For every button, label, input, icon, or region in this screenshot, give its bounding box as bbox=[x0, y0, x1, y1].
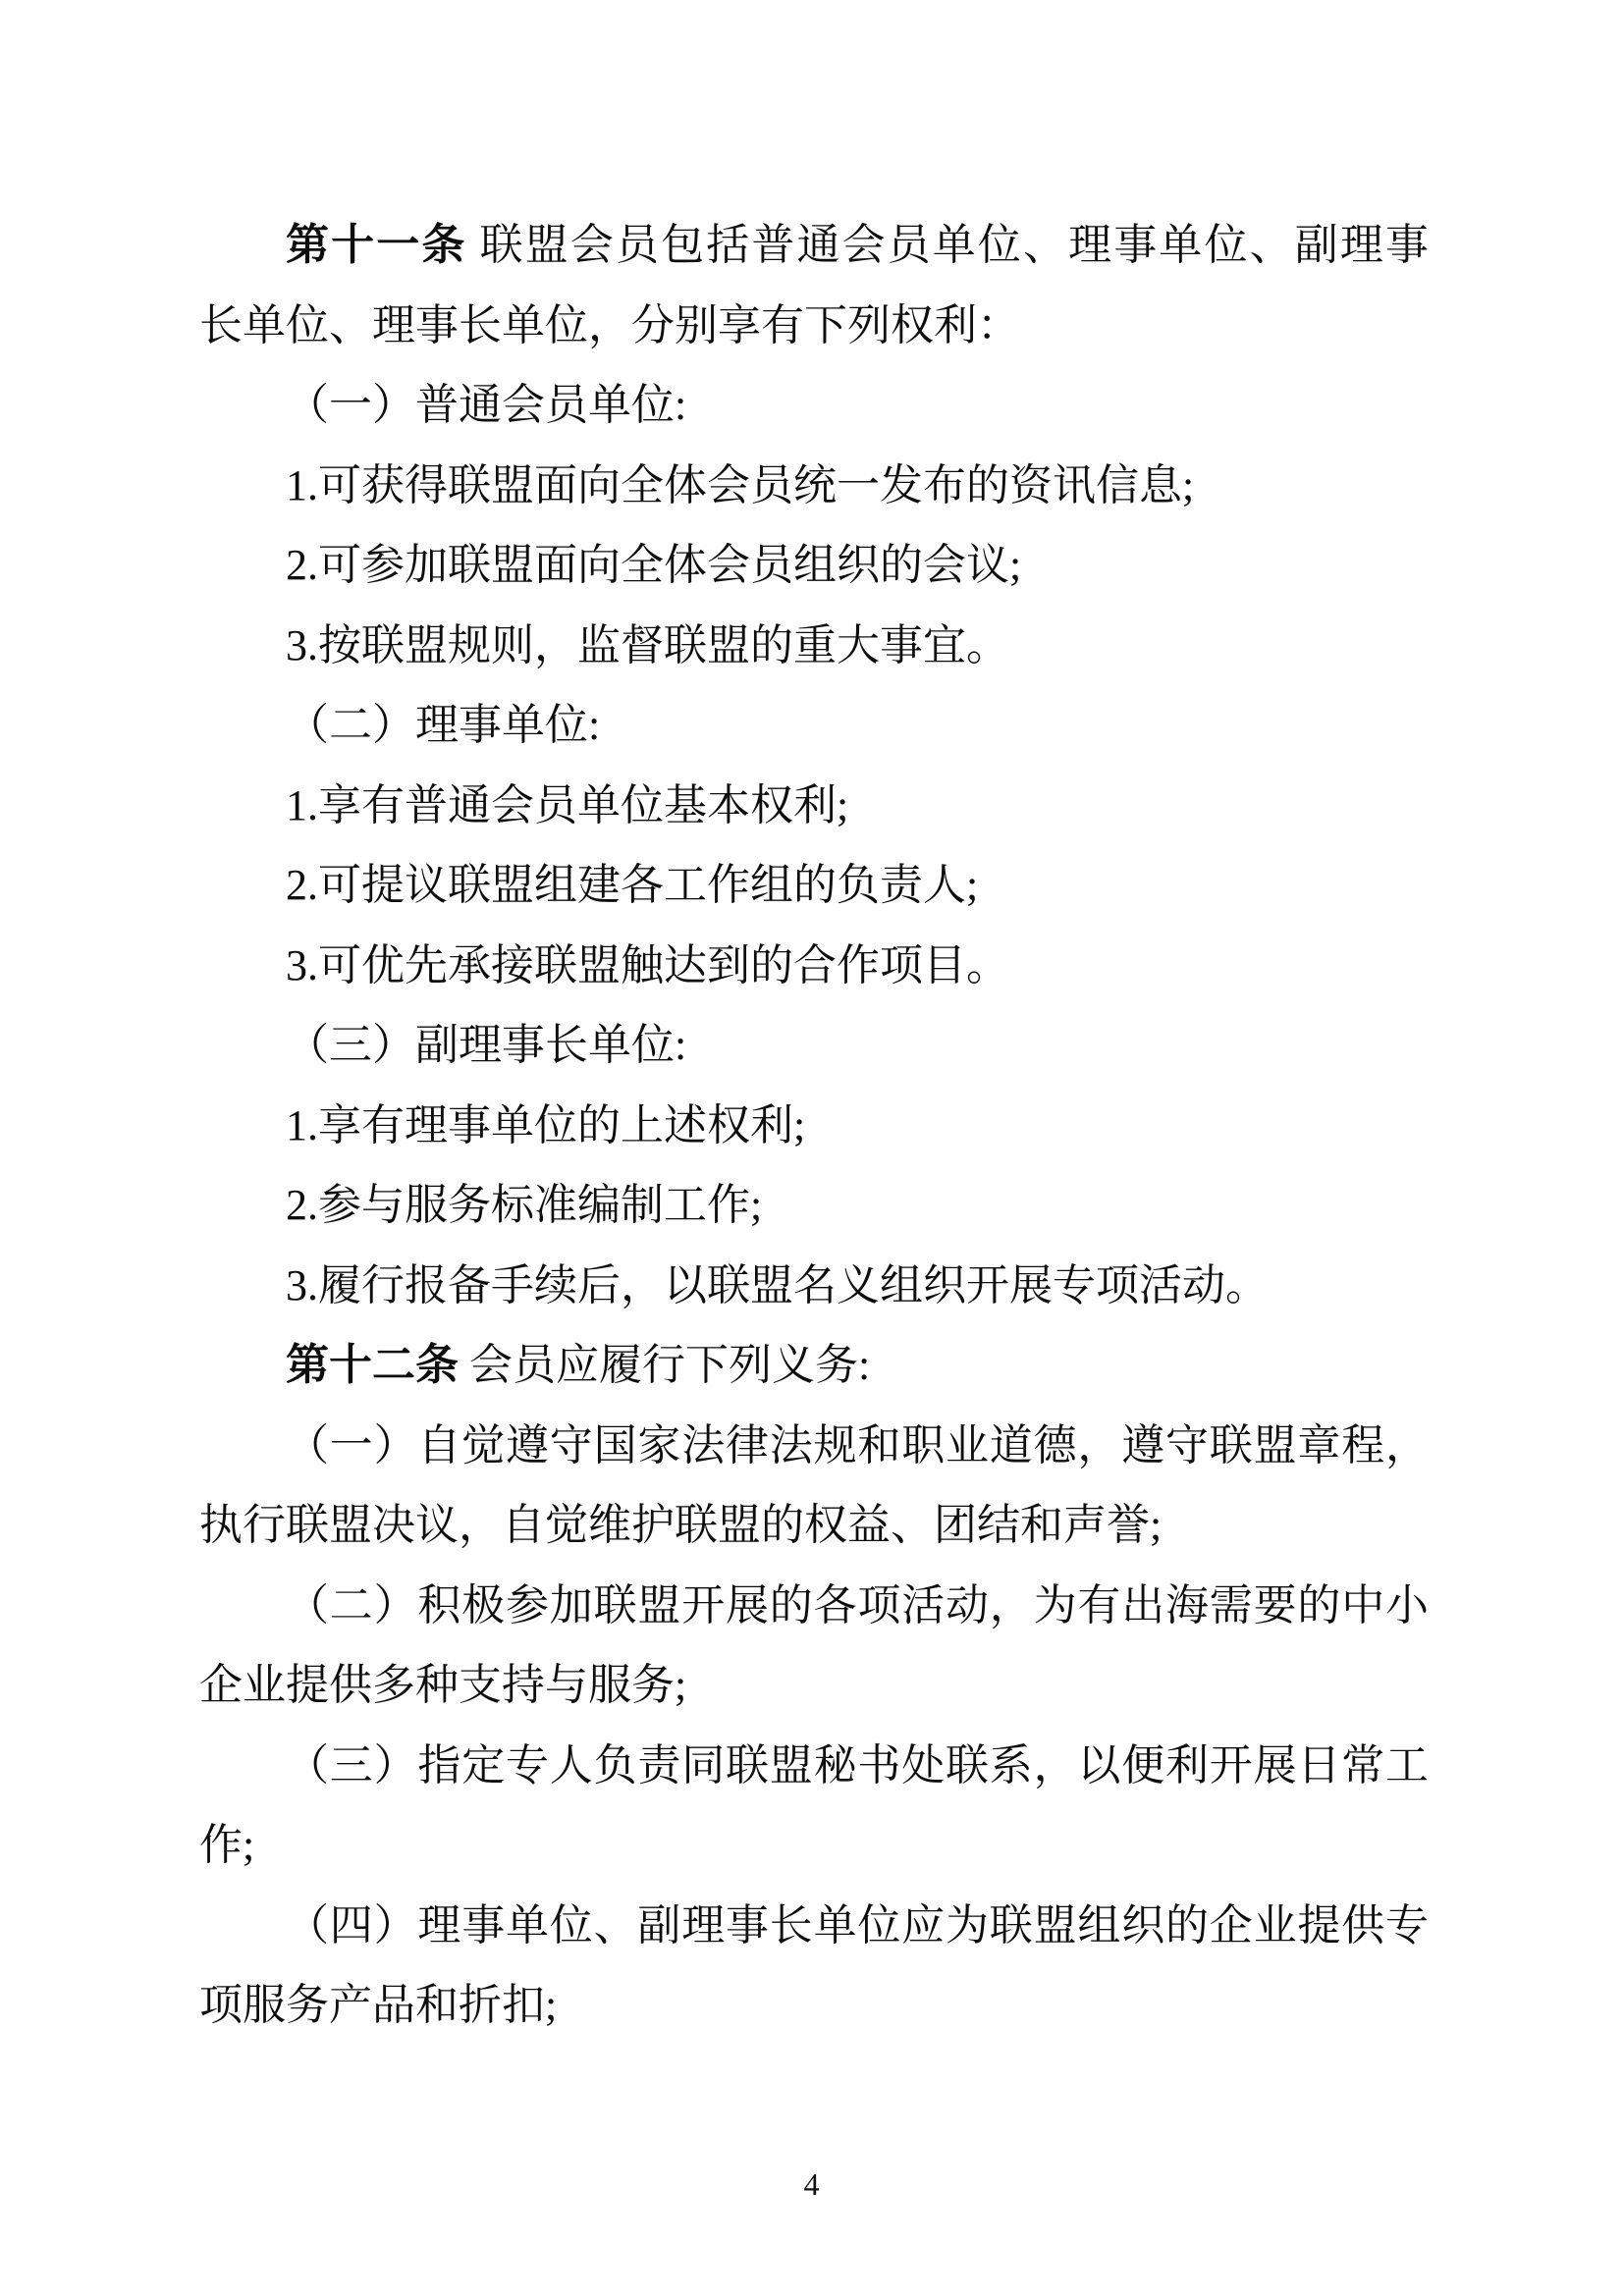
text-line: 长单位、理事长单位，分别享有下列权利： bbox=[199, 286, 1429, 366]
text-line: 1.享有理事单位的上述权利; bbox=[199, 1086, 1429, 1166]
text-segment: 1.可获得联盟面向全体会员统一发布的资讯信息; bbox=[286, 461, 1194, 509]
text-segment: （三）副理事长单位: bbox=[286, 1021, 686, 1069]
text-segment: 1.享有普通会员单位基本权利; bbox=[286, 781, 848, 829]
text-line: 第十二条 会员应履行下列义务: bbox=[199, 1325, 1429, 1406]
document-body: 第十一条 联盟会员包括普通会员单位、理事单位、副理事长单位、理事长单位，分别享有… bbox=[199, 205, 1429, 2046]
text-line: （三）副理事长单位: bbox=[199, 1005, 1429, 1086]
text-segment: （二）积极参加联盟开展的各项活动，为有出海需要的中小 bbox=[286, 1581, 1429, 1629]
text-segment: 2.参与服务标准编制工作; bbox=[286, 1181, 762, 1229]
text-line: （一）自觉遵守国家法律法规和职业道德，遵守联盟章程， bbox=[199, 1406, 1429, 1486]
text-segment: 企业提供多种支持与服务; bbox=[199, 1661, 686, 1709]
text-line: 3.按联盟规则，监督联盟的重大事宜。 bbox=[199, 606, 1429, 686]
text-line: 2.参与服务标准编制工作; bbox=[199, 1165, 1429, 1246]
text-segment: 项服务产品和折扣; bbox=[199, 1981, 557, 2029]
article-number: 第十二条 bbox=[286, 1341, 459, 1389]
text-line: 执行联盟决议，自觉维护联盟的权益、团结和声誉; bbox=[199, 1485, 1429, 1566]
text-segment: 作; bbox=[199, 1821, 254, 1869]
text-line: （二）理事单位: bbox=[199, 685, 1429, 766]
text-segment: （四）理事单位、副理事长单位应为联盟组织的企业提供专 bbox=[286, 1901, 1429, 1949]
text-line: 项服务产品和折扣; bbox=[199, 1965, 1429, 2046]
text-segment: 会员应履行下列义务: bbox=[459, 1341, 870, 1389]
text-segment: 3.按联盟规则，监督联盟的重大事宜。 bbox=[286, 621, 1009, 669]
text-line: 3.可优先承接联盟触达到的合作项目。 bbox=[199, 926, 1429, 1006]
text-segment: 1.享有理事单位的上述权利; bbox=[286, 1101, 805, 1149]
text-line: 3.履行报备手续后，以联盟名义组织开展专项活动。 bbox=[199, 1246, 1429, 1326]
text-line: （三）指定专人负责同联盟秘书处联系，以便利开展日常工 bbox=[199, 1726, 1429, 1806]
text-segment: （一）自觉遵守国家法律法规和职业道德，遵守联盟章程， bbox=[286, 1421, 1429, 1469]
text-segment: 2.可参加联盟面向全体会员组织的会议; bbox=[286, 541, 1021, 589]
text-segment: 2.可提议联盟组建各工作组的负责人; bbox=[286, 861, 978, 909]
text-segment: 3.可优先承接联盟触达到的合作项目。 bbox=[286, 941, 1009, 989]
text-segment: 联盟会员包括普通会员单位、理事单位、副理事 bbox=[466, 221, 1429, 269]
text-line: 2.可参加联盟面向全体会员组织的会议; bbox=[199, 525, 1429, 606]
text-line: 第十一条 联盟会员包括普通会员单位、理事单位、副理事 bbox=[199, 205, 1429, 286]
text-line: 1.可获得联盟面向全体会员统一发布的资讯信息; bbox=[199, 446, 1429, 526]
text-segment: 3.履行报备手续后，以联盟名义组织开展专项活动。 bbox=[286, 1261, 1269, 1309]
article-number: 第十一条 bbox=[286, 221, 466, 269]
text-line: （一）普通会员单位: bbox=[199, 365, 1429, 446]
text-line: （四）理事单位、副理事长单位应为联盟组织的企业提供专 bbox=[199, 1886, 1429, 1966]
text-segment: （二）理事单位: bbox=[286, 701, 600, 749]
text-line: 2.可提议联盟组建各工作组的负责人; bbox=[199, 845, 1429, 926]
text-segment: （一）普通会员单位: bbox=[286, 381, 686, 429]
page-number: 4 bbox=[0, 2160, 1623, 2209]
text-segment: 长单位、理事长单位，分别享有下列权利： bbox=[199, 301, 1020, 349]
text-line: 作; bbox=[199, 1805, 1429, 1886]
text-line: （二）积极参加联盟开展的各项活动，为有出海需要的中小 bbox=[199, 1566, 1429, 1646]
text-segment: 执行联盟决议，自觉维护联盟的权益、团结和声誉; bbox=[199, 1501, 1162, 1549]
document-page: 第十一条 联盟会员包括普通会员单位、理事单位、副理事长单位、理事长单位，分别享有… bbox=[0, 0, 1623, 2296]
text-segment: （三）指定专人负责同联盟秘书处联系，以便利开展日常工 bbox=[286, 1741, 1429, 1789]
text-line: 1.享有普通会员单位基本权利; bbox=[199, 766, 1429, 846]
text-line: 企业提供多种支持与服务; bbox=[199, 1645, 1429, 1726]
